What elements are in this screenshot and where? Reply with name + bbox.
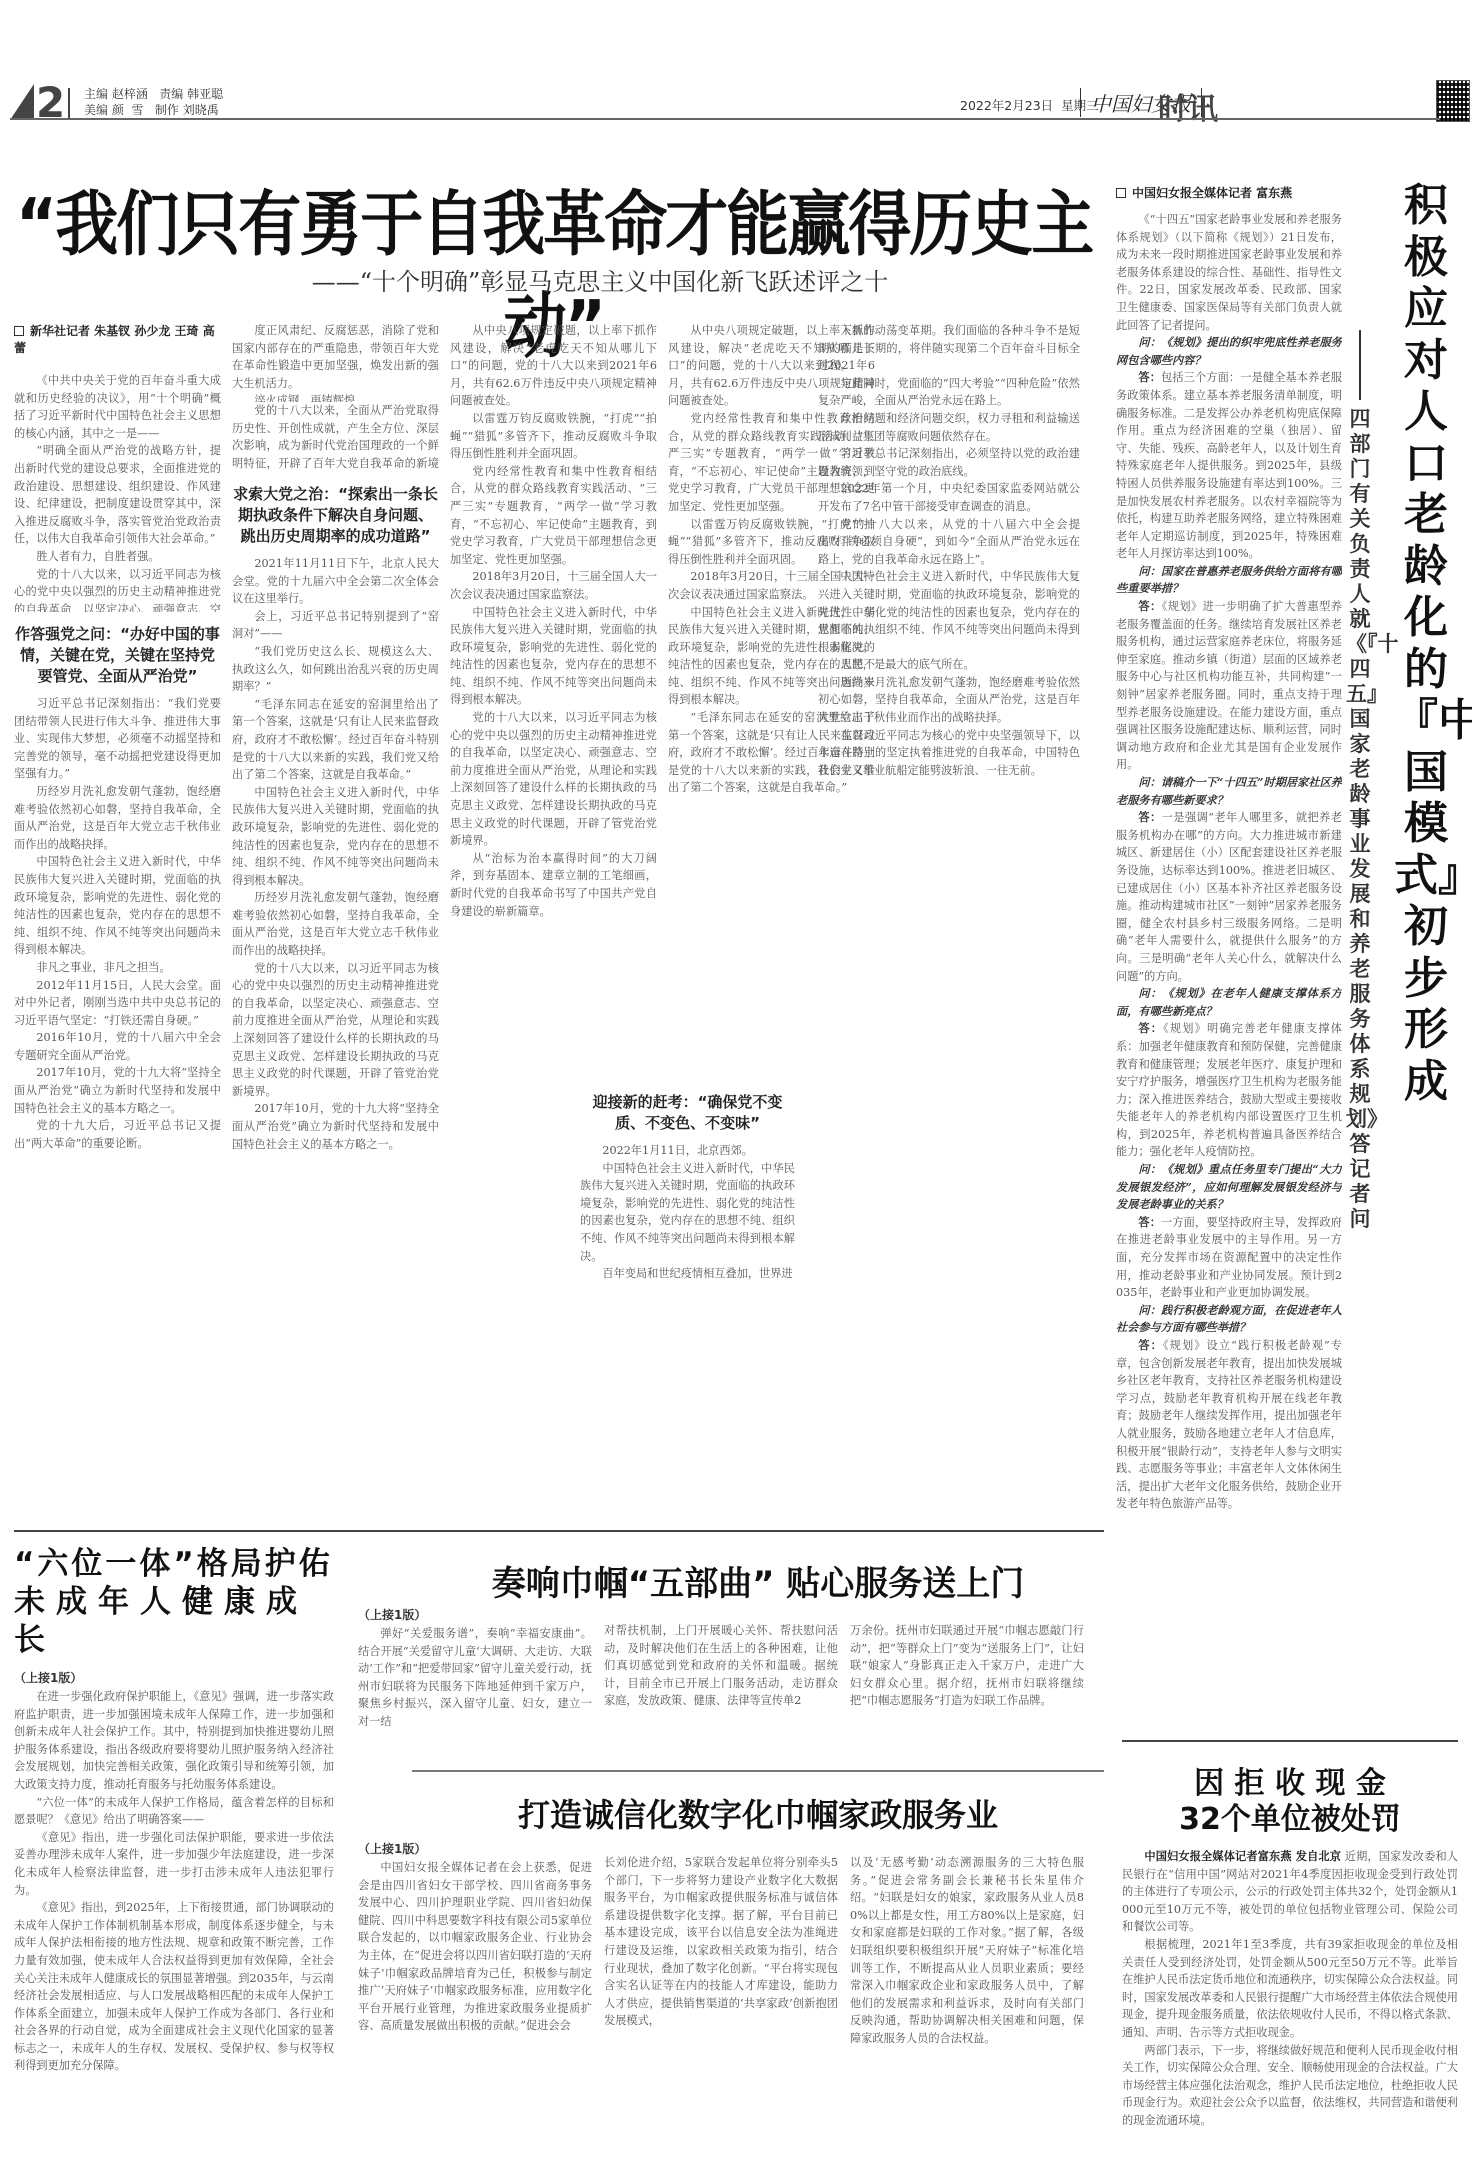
service-headline: 奏响巾帼“五部曲” 贴心服务送上门 <box>412 1556 1104 1605</box>
lead-subtitle: ——“十个明确”彰显马克思主义中国化新飞跃述评之十 <box>250 262 950 297</box>
lead-col1-text: 《中共中央关于党的百年奋斗重大成就和历史经验的决议》，用“十个明确”概括了习近平… <box>14 372 221 612</box>
housekeeping-col-1: （上接1版） 中国妇女报全媒体记者在会上获悉，促进会是由四川省妇女干部学校、四川… <box>358 1840 592 2155</box>
lead-subhead-3: 迎接新的赶考：“确保党不变质、不变色、不变味” <box>580 1092 795 1134</box>
service-col-2: 对帮扶机制，上门开展暖心关怀、帮扶慰问活动，及时解决他们在生活上的各种困难，让他… <box>604 1622 838 1756</box>
dash-rule <box>1359 330 1361 400</box>
housekeeping-col-2: 长刘伦进介绍，5家联合发起单位将分别牵头5个部门，下一步将努力建设产业数字化大数… <box>604 1854 838 2154</box>
cash-headline: 因 拒 收 现 金 32个单位被处罚 <box>1122 1766 1458 1838</box>
lead-subhead-2: 求索大党之治：“探索出一条长期执政条件下解决自身问题、跳出历史周期率的成功道路” <box>232 484 439 547</box>
service-col-3: 万余份。抚州市妇联通过开展“巾帼志愿敲门行动”，把“等群众上门”变为“送服务上门… <box>850 1622 1084 1756</box>
section-rule <box>1122 1740 1458 1742</box>
lead-byline: 新华社记者 朱基钗 孙少龙 王琦 高蕾 <box>14 322 221 356</box>
byline-box-icon <box>1116 188 1126 198</box>
lead-subhead-1: 作答强党之问：“办好中国的事情，关键在党，关键在坚持党要管党、全面从严治党” <box>14 624 221 687</box>
aging-vertical-headline: 积极应对人口老龄化的『中国模式』初步形成 <box>1394 180 1458 1107</box>
continued-tag: （上接1版） <box>358 1840 592 1857</box>
minors-headline: “六位一体”格局护佑 未成年人健康成长 <box>14 1545 334 1659</box>
editors-line-2: 美编 颜 雪 制作 刘晓禹 <box>84 102 223 118</box>
lead-column-5: 入新的动荡变革期。我们面临的各种斗争不是短期的而是长期的，将伴随实现第二个百年奋… <box>810 322 1080 1502</box>
continued-tag: （上接1版） <box>358 1606 592 1623</box>
byline-box-icon <box>14 326 24 336</box>
section-rule <box>14 1530 1104 1532</box>
lead-col1-text-2: 习近平总书记深刻指出：“我们党要团结带领人民进行伟大斗争、推进伟大事业、实现伟大… <box>14 695 221 1495</box>
editors-credit: 主编 赵梓涵 责编 韩亚聪 美编 颜 雪 制作 刘晓禹 <box>84 86 223 118</box>
minors-article: “六位一体”格局护佑 未成年人健康成长 （上接1版） 在进一步强化政府保护职能上… <box>14 1545 334 2155</box>
divider <box>68 88 70 118</box>
issue-date: 2022年2月23日 星期三 <box>960 96 1099 114</box>
aging-vertical-subtitle: 四部门有关负责人就《『十四五』国家老龄事业发展和养老服务体系规划》答记者问 <box>1346 330 1374 1231</box>
aging-article-body: 中国妇女报全媒体记者 富东燕 《“十四五”国家老龄事业发展和养老服务体系规划》（… <box>1116 184 1342 1584</box>
continued-tag: （上接1版） <box>14 1669 334 1686</box>
page-number-badge: 2 <box>10 84 72 120</box>
masthead-rule <box>10 118 1440 120</box>
aging-byline: 中国妇女报全媒体记者 富东燕 <box>1116 184 1342 201</box>
lead-column-2: 度正风肃纪、反腐惩恶，消除了党和国家内部存在的严重隐患，带领百年大党在革命性锻造… <box>232 322 439 1502</box>
section-title: 时讯 <box>1158 84 1218 128</box>
qr-code-icon[interactable] <box>1436 80 1470 122</box>
section-rule <box>412 1770 1104 1772</box>
housekeeping-col-3: 以及‘无感考勤’动态溯源服务的三大特色服务。”促进会常务副会长兼秘书长朱星伟介绍… <box>850 1854 1084 2154</box>
page-number-triangle-icon <box>10 84 34 120</box>
cash-article-body: 中国妇女报全媒体记者富东燕 发自北京 近期，国家发改委和人民银行在“信用中国”网… <box>1122 1848 1458 2158</box>
editors-line-1: 主编 赵梓涵 责编 韩亚聪 <box>84 86 223 102</box>
service-col-1: （上接1版） 弹好“关爱服务谱”，奏响“幸福安康曲”。结合开展“关爱留守儿童‘大… <box>358 1606 592 1756</box>
lead-column-1: 新华社记者 朱基钗 孙少龙 王琦 高蕾 《中共中央关于党的百年奋斗重大成就和历史… <box>14 322 221 1502</box>
cash-dateline: 中国妇女报全媒体记者富东燕 发自北京 <box>1144 1850 1341 1863</box>
housekeeping-headline: 打造诚信化数字化巾帼家政服务业 <box>412 1790 1104 1836</box>
lead-column-3b: 迎接新的赶考：“确保党不变质、不变色、不变味” 2022年1月11日，北京西郊。… <box>580 1080 795 1500</box>
